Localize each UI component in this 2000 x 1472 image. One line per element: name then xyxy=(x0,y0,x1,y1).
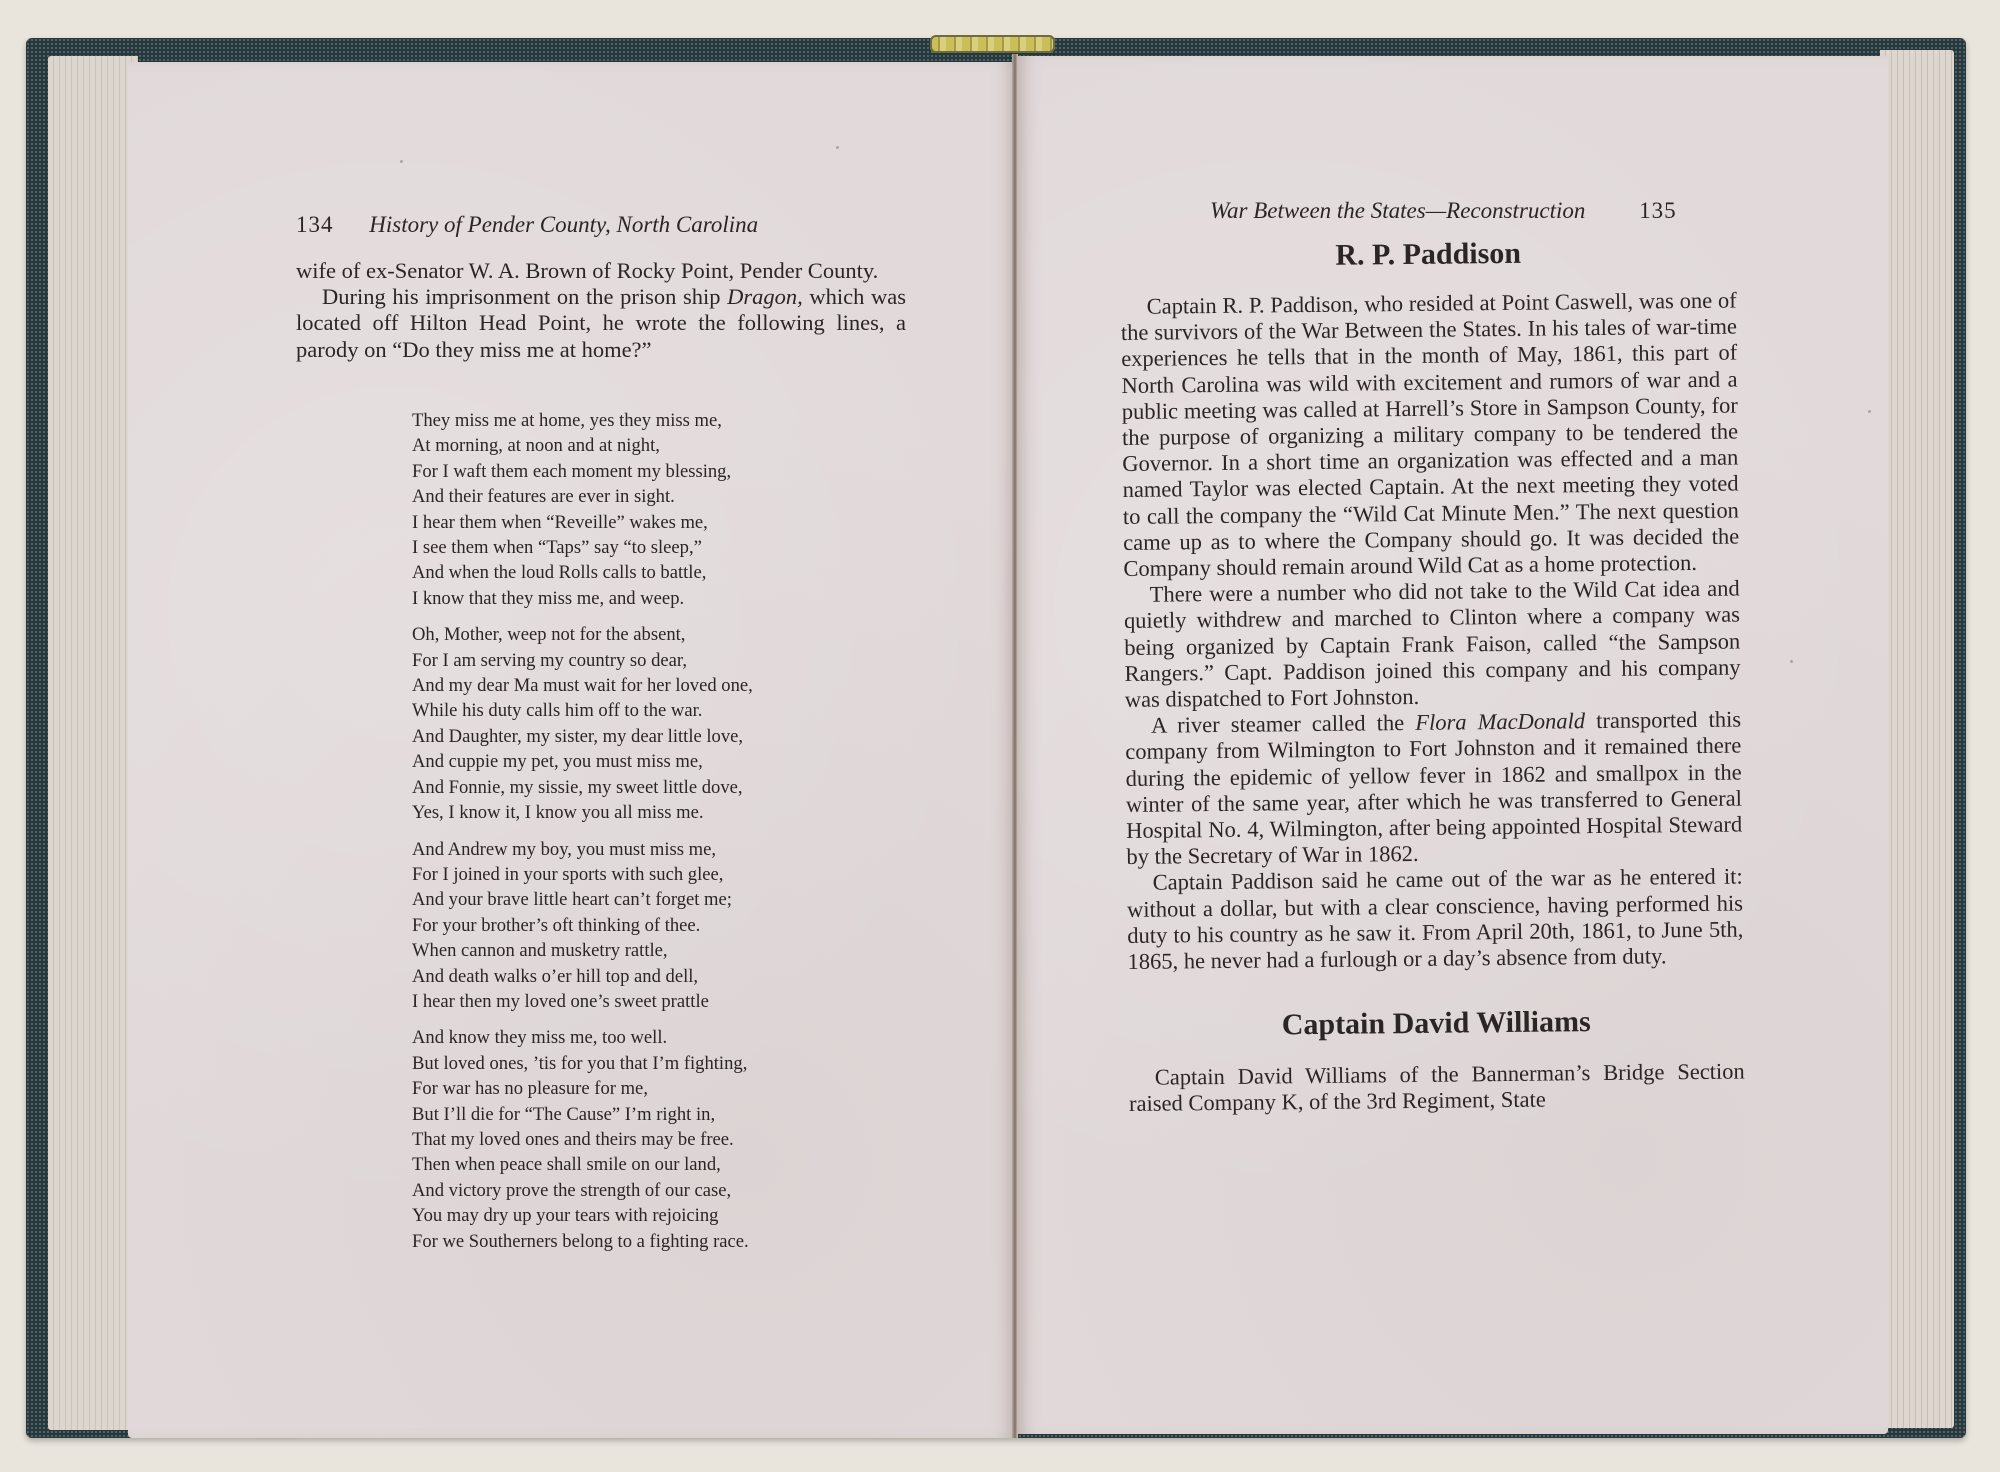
paragraph: Captain David Williams of the Bannerman’… xyxy=(1129,1059,1746,1118)
right-running-head: War Between the States—Reconstruction 13… xyxy=(1210,198,1677,224)
poem-line: And Fonnie, my sissie, my sweet little d… xyxy=(412,775,852,800)
section-heading: R. P. Paddison xyxy=(1120,234,1736,276)
poem-line: But I’ll die for “The Cause” I’m right i… xyxy=(412,1102,852,1127)
poem-line: For I joined in your sports with such gl… xyxy=(412,862,852,887)
paragraph: A river steamer called the Flora MacDona… xyxy=(1125,707,1743,871)
poem-line: I hear them when “Reveille” wakes me, xyxy=(412,510,852,535)
poem-line: And your brave little heart can’t forget… xyxy=(412,887,852,912)
poem-line: For I am serving my country so dear, xyxy=(412,648,852,673)
poem-line: While his duty calls him off to the war. xyxy=(412,698,852,723)
page-stack-right xyxy=(1880,50,1954,1428)
page-number-right: 135 xyxy=(1639,198,1677,223)
paper-speck xyxy=(1790,660,1793,663)
poem-line: And know they miss me, too well. xyxy=(412,1025,852,1050)
poem-line: When cannon and musketry rattle, xyxy=(412,938,852,963)
poem-line: And victory prove the strength of our ca… xyxy=(412,1178,852,1203)
poem-stanza: They miss me at home, yes they miss me,A… xyxy=(412,408,852,611)
paper-speck xyxy=(1868,410,1871,413)
paragraph: During his imprisonment on the prison sh… xyxy=(296,284,906,363)
poem-line: They miss me at home, yes they miss me, xyxy=(412,408,852,433)
poem-stanza: Oh, Mother, weep not for the absent,For … xyxy=(412,622,852,825)
poem-line: You may dry up your tears with rejoicing xyxy=(412,1203,852,1228)
poem-line: I know that they miss me, and weep. xyxy=(412,586,852,611)
poem-line: And Andrew my boy, you must miss me, xyxy=(412,837,852,862)
poem-line: And when the loud Rolls calls to battle, xyxy=(412,560,852,585)
poem-line: I hear then my loved one’s sweet prattle xyxy=(412,989,852,1014)
poem-line: And death walks o’er hill top and dell, xyxy=(412,964,852,989)
left-running-head: 134 History of Pender County, North Caro… xyxy=(296,212,758,238)
poem-line: For we Southerners belong to a fighting … xyxy=(412,1229,852,1254)
headband xyxy=(930,35,1055,53)
left-page-body: wife of ex-Senator W. A. Brown of Rocky … xyxy=(296,258,906,363)
poem-line: And their features are ever in sight. xyxy=(412,484,852,509)
ship-name: Dragon, xyxy=(727,284,803,309)
poem-line: Then when peace shall smile on our land, xyxy=(412,1152,852,1177)
section-heading: Captain David Williams xyxy=(1128,1003,1744,1045)
page-stack-left xyxy=(48,56,138,1430)
poem-line: Oh, Mother, weep not for the absent, xyxy=(412,622,852,647)
running-title-left: History of Pender County, North Carolina xyxy=(369,212,758,237)
poem-line: And cuppie my pet, you must miss me, xyxy=(412,749,852,774)
running-title-right: War Between the States—Reconstruction xyxy=(1210,198,1585,223)
paragraph: Captain R. P. Paddison, who resided at P… xyxy=(1121,288,1740,583)
poem-line: And my dear Ma must wait for her loved o… xyxy=(412,673,852,698)
paper-speck xyxy=(836,146,839,149)
poem: They miss me at home, yes they miss me,A… xyxy=(412,408,852,1265)
poem-line: For I waft them each moment my blessing, xyxy=(412,459,852,484)
poem-line: I see them when “Taps” say “to sleep,” xyxy=(412,535,852,560)
poem-line: For war has no pleasure for me, xyxy=(412,1076,852,1101)
poem-line: And Daughter, my sister, my dear little … xyxy=(412,724,852,749)
poem-line: For your brother’s oft thinking of thee. xyxy=(412,913,852,938)
poem-stanza: And Andrew my boy, you must miss me,For … xyxy=(412,837,852,1015)
right-page-body: R. P. Paddison Captain R. P. Paddison, w… xyxy=(1120,234,1745,1118)
paragraph: wife of ex-Senator W. A. Brown of Rocky … xyxy=(296,258,906,284)
page-number-left: 134 xyxy=(296,212,334,237)
steamer-name: Flora MacDonald xyxy=(1415,708,1585,735)
poem-line: Yes, I know it, I know you all miss me. xyxy=(412,800,852,825)
paragraph: There were a number who did not take to … xyxy=(1124,576,1741,713)
poem-line: That my loved ones and theirs may be fre… xyxy=(412,1127,852,1152)
poem-stanza: And know they miss me, too well.But love… xyxy=(412,1025,852,1254)
poem-line: At morning, at noon and at night, xyxy=(412,433,852,458)
paragraph: Captain Paddison said he came out of the… xyxy=(1127,864,1744,975)
poem-line: But loved ones, ’tis for you that I’m fi… xyxy=(412,1051,852,1076)
paper-speck xyxy=(400,160,403,163)
